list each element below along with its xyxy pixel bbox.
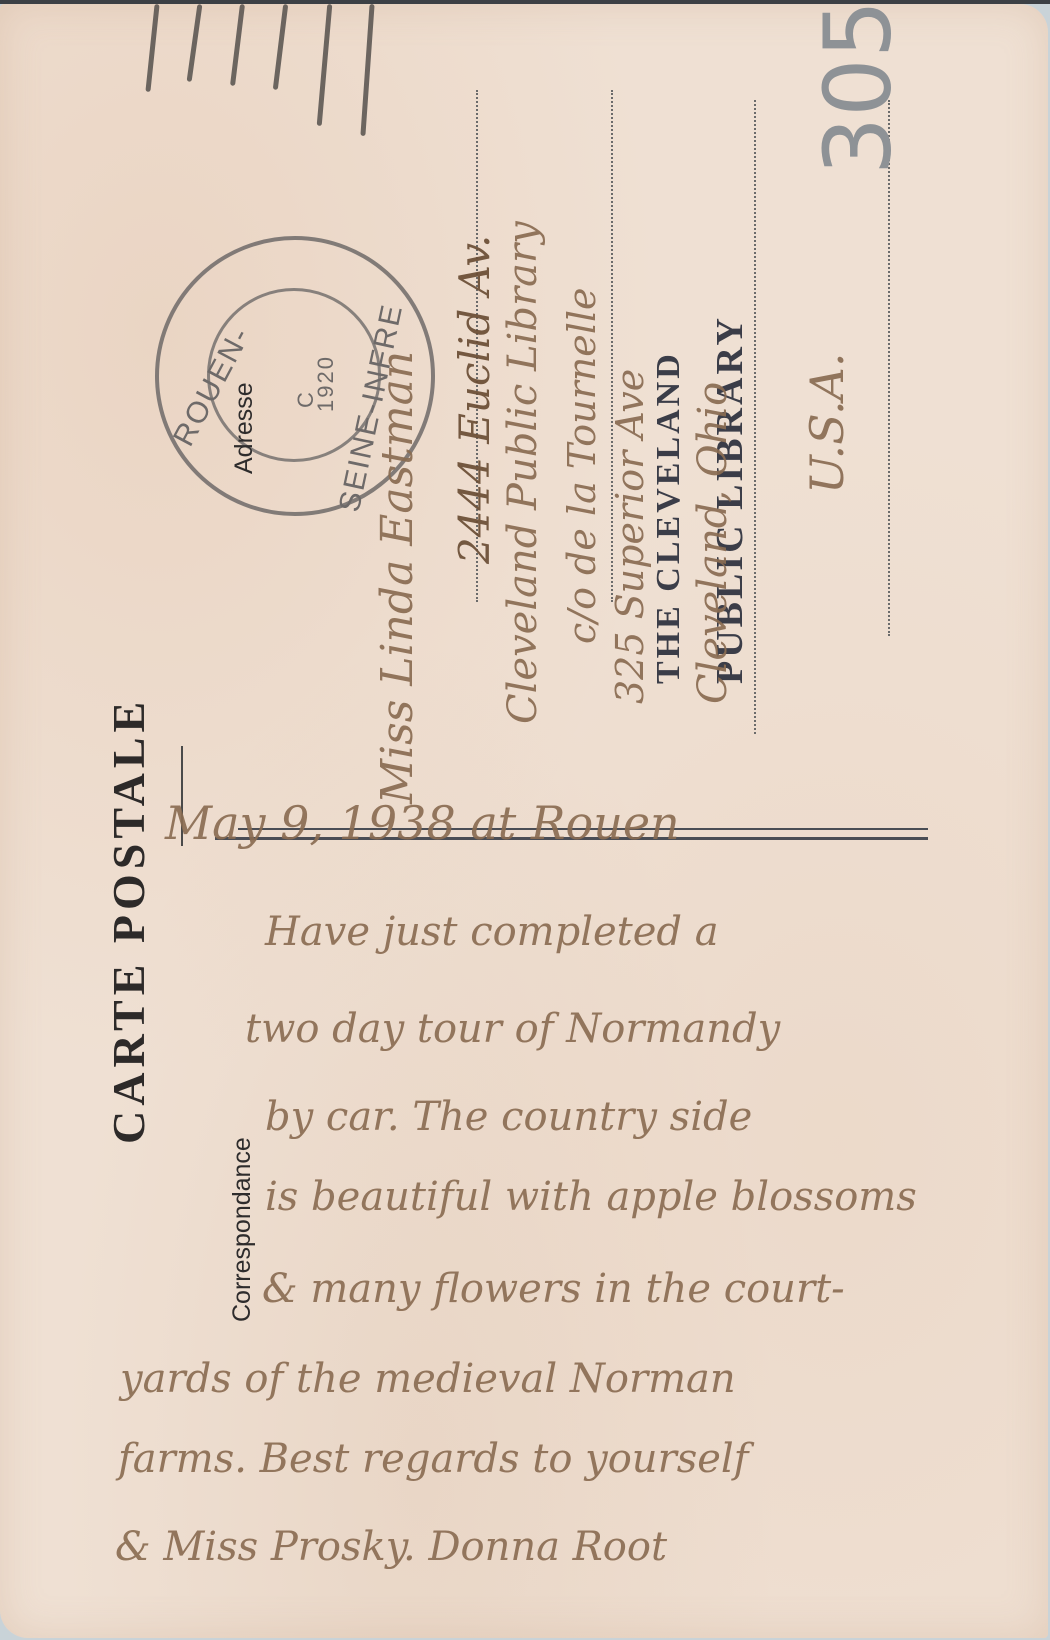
message-line: Have just completed a xyxy=(265,909,719,955)
address-country: U.S.A. xyxy=(800,352,854,494)
message-signature-line: & Miss Prosky. Donna Root xyxy=(115,1524,667,1570)
correspondence-label: Correspondance xyxy=(228,1137,257,1322)
pencil-number: 305 xyxy=(804,0,911,175)
message-dateline: May 9, 1938 at Rouen xyxy=(165,796,680,850)
address-label: Adresse xyxy=(230,382,259,474)
address-library: Cleveland Public Library xyxy=(500,221,546,724)
message-line: & many flowers in the court- xyxy=(262,1266,845,1312)
address-city: Cleveland, Ohio xyxy=(690,382,736,704)
card-title: CARTE POSTALE xyxy=(102,697,155,1144)
address-street: 2444 Euclid Av. xyxy=(450,235,499,564)
address-recipient: Miss Linda Eastman xyxy=(372,351,423,804)
message-line: two day tour of Normandy xyxy=(245,1006,780,1052)
message-line: is beautiful with apple blossoms xyxy=(265,1174,917,1220)
postcard-back: CARTE POSTALE ROUEN- SEINE-INFRE C 1920 … xyxy=(0,4,1048,1638)
address-line-3 xyxy=(754,100,756,734)
address-superior: 325 Superior Ave xyxy=(608,369,652,704)
postmark-year: 1920 xyxy=(313,355,339,412)
message-line: by car. The country side xyxy=(265,1094,752,1140)
address-care-of: c/o de la Tournelle xyxy=(560,288,604,645)
address-line-4 xyxy=(888,100,890,636)
message-line: farms. Best regards to yourself xyxy=(118,1436,749,1482)
message-line: yards of the medieval Norman xyxy=(120,1356,736,1402)
library-stamp-line1: THE CLEVELAND xyxy=(650,351,688,684)
